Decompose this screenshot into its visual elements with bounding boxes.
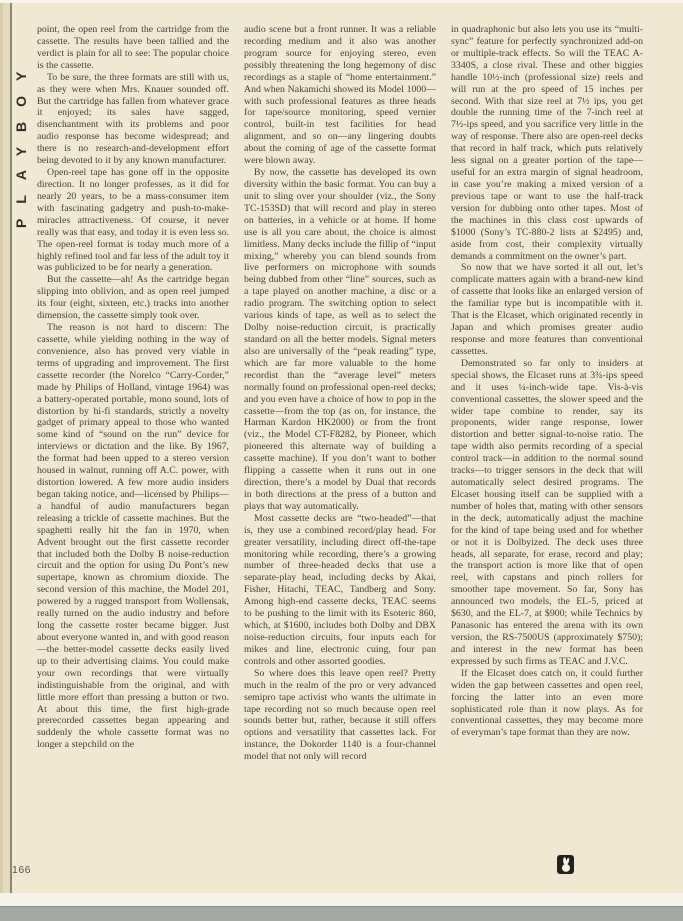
page-top-edge bbox=[0, 0, 683, 3]
paragraph: Open-reel tape has gone off in the oppos… bbox=[37, 167, 229, 274]
paragraph: The reason is not hard to discern: The c… bbox=[37, 322, 229, 751]
page-edge-line bbox=[10, 0, 12, 906]
paragraph: Demonstrated so far only to insiders at … bbox=[451, 358, 643, 668]
text-column-2: audio scene but a front runner. It was a… bbox=[244, 24, 436, 892]
paragraph: in quadraphonic but also lets you use it… bbox=[451, 24, 643, 262]
paragraph: By now, the cassette has developed its o… bbox=[244, 167, 436, 513]
magazine-spine-label: PLAYBOY bbox=[13, 57, 29, 228]
playboy-rabbit-icon bbox=[560, 857, 572, 872]
playboy-rabbit-logo bbox=[557, 855, 574, 874]
page-bottom-margin bbox=[0, 893, 683, 906]
paragraph: To be sure, the three formats are still … bbox=[37, 72, 229, 167]
paragraph: So where does this leave open reel? Pret… bbox=[244, 668, 436, 763]
page-edge-shadow bbox=[0, 0, 3, 906]
paragraph: point, the open reel from the cartridge … bbox=[37, 24, 229, 72]
page-number: 166 bbox=[12, 864, 31, 876]
paragraph: So now that we have sorted it all out, l… bbox=[451, 262, 643, 357]
paragraph: Most cassette decks are “two-headed”—tha… bbox=[244, 513, 436, 668]
page-bottom-edge bbox=[0, 906, 683, 921]
text-column-3: in quadraphonic but also lets you use it… bbox=[451, 24, 643, 892]
text-column-1: point, the open reel from the cartridge … bbox=[37, 24, 229, 892]
paragraph: But the cassette—ah! As the cartridge be… bbox=[37, 274, 229, 322]
paragraph: audio scene but a front runner. It was a… bbox=[244, 24, 436, 167]
magazine-page: PLAYBOY point, the open reel from the ca… bbox=[0, 0, 683, 921]
paragraph: If the Elcaset does catch on, it could f… bbox=[451, 668, 643, 740]
